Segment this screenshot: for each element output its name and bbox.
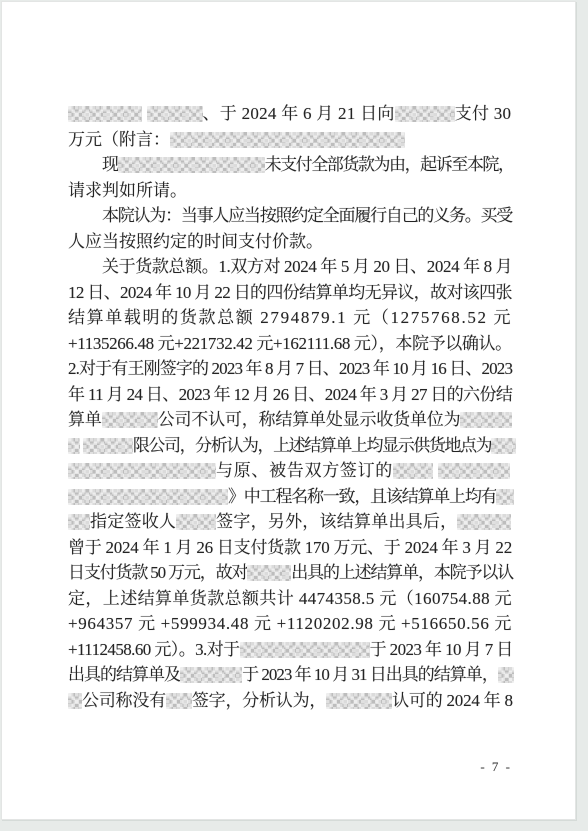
text-line: 》中工程名称一致，且该结算单上均有 [68,484,512,510]
line-content: 2.对于有王刚签字的 2023 年 8 月 7 日、2023 年 10 月 16… [68,356,512,382]
text-segment: +964357 元 +599934.48 元 +1120202.98 元 +51… [68,614,512,633]
text-segment: +1135266.48 元+221732.42 元+162111.68 元），本… [68,334,512,353]
line-content: 、于 2024 年 6 月 21 日向支付 30 [68,101,511,127]
line-content: 定，上述结算单货款总额共计 4474358.5 元（160754.88 元 [68,586,512,612]
redaction-block [68,463,216,479]
text-segment: 支付 30 [455,104,512,123]
text-segment: 请求判如所请。 [68,181,187,200]
text-segment: 12 日、2024 年 10 月 22 日的四份结算单均无异议，故对该四张 [68,283,512,302]
line-content: 人应当按照约定的时间支付价款。 [68,229,323,255]
line-content: 出具的结算单及于 2023 年 10 月 31 日出具的结算单， [68,662,514,688]
redaction-block [83,438,133,454]
text-segment: 指定签收人 [90,512,176,531]
redaction-block [393,463,433,479]
line-content: 日支付货款 50 万元，故对出具的上述结算单，本院予以认 [68,560,513,586]
line-content: 公司称没有签字，分析认为，认可的 2024 年 8 [68,688,513,714]
document-page: 、于 2024 年 6 月 21 日向支付 30万元（附言：现未支付全部货款为由… [1,1,576,820]
text-segment: 人应当按照约定的时间支付价款。 [68,232,323,251]
text-segment: 签字，另外，该结算单出具后， [216,512,457,531]
line-content: 请求判如所请。 [68,178,187,204]
redaction-block [68,693,82,709]
redaction-block [496,489,514,505]
text-line: 关于货款总额。1.双方对 2024 年 5 月 20 日、2024 年 8 月 [68,254,512,280]
text-line: +964357 元 +599934.48 元 +1120202.98 元 +51… [68,611,512,637]
text-segment: 算单 [68,410,102,429]
line-content: 算单公司不认可，称结算单处显示收货单位为 [68,407,512,433]
redaction-block [240,642,370,658]
text-line: 2.对于有王刚签字的 2023 年 8 月 7 日、2023 年 10 月 16… [68,356,512,382]
text-segment: 年 11 月 24 日、2023 年 12 月 26 日、2024 年 3 月 … [68,385,512,404]
line-content: 本院认为：当事人应当按照约定全面履行自己的义务。买受 [102,203,512,229]
redaction-block [170,132,405,148]
text-line: +1112458.60 元）。3.对于于 2023 年 10 月 7 日 [68,637,512,663]
line-content: +964357 元 +599934.48 元 +1120202.98 元 +51… [68,611,512,637]
line-content: 年 11 月 24 日、2023 年 12 月 26 日、2024 年 3 月 … [68,382,512,408]
redaction-block [176,514,216,530]
text-segment [142,104,147,123]
text-line: 定，上述结算单货款总额共计 4474358.5 元（160754.88 元 [68,586,512,612]
line-content: 现未支付全部货款为由，起诉至本院， [102,152,514,178]
text-segment: 、于 2024 年 6 月 21 日向 [203,104,395,123]
redaction-block [438,463,510,479]
redaction-block [457,514,511,530]
text-segment: +1112458.60 元）。3.对于 [68,640,240,659]
line-content: 》中工程名称一致，且该结算单上均有 [68,484,514,510]
document-body: 、于 2024 年 6 月 21 日向支付 30万元（附言：现未支付全部货款为由… [68,101,512,713]
redaction-block [247,565,291,581]
redaction-block [68,514,90,530]
redaction-block [68,489,228,505]
text-line: 年 11 月 24 日、2023 年 12 月 26 日、2024 年 3 月 … [68,382,512,408]
text-line: 本院认为：当事人应当按照约定全面履行自己的义务。买受 [68,203,512,229]
text-line: 12 日、2024 年 10 月 22 日的四份结算单均无异议，故对该四张 [68,280,512,306]
redaction-block [118,157,265,173]
redaction-block [498,667,514,683]
text-line: 日支付货款 50 万元，故对出具的上述结算单，本院予以认 [68,560,512,586]
page-number: - 7 - [480,759,512,775]
text-line: 与原、被告双方签订的 [68,458,512,484]
redaction-block [395,106,455,122]
line-content: 限公司，分析认为，上述结算单上均显示供货地点为 [68,433,516,459]
redaction-block [326,693,392,709]
text-line: 万元（附言： [68,127,512,153]
text-segment: 未支付全部货款为由，起诉至本院， [265,155,514,174]
text-segment: 出具的上述结算单，本院予以认 [291,563,513,582]
text-segment: 2.对于有王刚签字的 2023 年 8 月 7 日、2023 年 10 月 16… [68,359,512,378]
line-content: 关于货款总额。1.双方对 2024 年 5 月 20 日、2024 年 8 月 [102,254,512,280]
redaction-block [180,667,242,683]
text-segment: 曾于 2024 年 1 月 26 日支付货款 170 万元、于 2024 年 3… [68,538,512,557]
text-line: +1135266.48 元+221732.42 元+162111.68 元），本… [68,331,512,357]
text-segment: 与原、被告双方签订的 [216,461,393,480]
text-segment: 日支付货款 50 万元，故对 [68,563,247,582]
text-line: 限公司，分析认为，上述结算单上均显示供货地点为 [68,433,512,459]
redaction-block [68,106,142,122]
redaction-block [491,438,516,454]
redaction-block [166,693,192,709]
text-segment: 公司不认可，称结算单处显示收货单位为 [158,410,461,429]
line-content: 指定签收人签字，另外，该结算单出具后， [68,509,511,535]
text-segment: 现 [102,155,118,174]
line-content: +1112458.60 元）。3.对于于 2023 年 10 月 7 日 [68,637,513,663]
text-line: 指定签收人签字，另外，该结算单出具后， [68,509,512,535]
line-content: 曾于 2024 年 1 月 26 日支付货款 170 万元、于 2024 年 3… [68,535,512,561]
text-segment: 定，上述结算单货款总额共计 4474358.5 元（160754.88 元 [68,589,512,608]
line-content: +1135266.48 元+221732.42 元+162111.68 元），本… [68,331,512,357]
redaction-block [102,412,158,428]
text-segment: 关于货款总额。1.双方对 2024 年 5 月 20 日、2024 年 8 月 [102,257,512,276]
text-line: 、于 2024 年 6 月 21 日向支付 30 [68,101,512,127]
text-segment: 于 2023 年 10 月 7 日 [370,640,513,659]
text-line: 曾于 2024 年 1 月 26 日支付货款 170 万元、于 2024 年 3… [68,535,512,561]
line-content: 12 日、2024 年 10 月 22 日的四份结算单均无异议，故对该四张 [68,280,512,306]
text-segment: 》中工程名称一致，且该结算单上均有 [228,487,496,506]
text-segment: 出具的结算单及 [68,665,180,684]
text-segment: 于 2023 年 10 月 31 日出具的结算单， [242,665,498,684]
text-line: 公司称没有签字，分析认为，认可的 2024 年 8 [68,688,512,714]
text-segment: 公司称没有 [82,691,166,710]
text-line: 现未支付全部货款为由，起诉至本院， [68,152,512,178]
text-segment: 认可的 2024 年 8 [392,691,513,710]
line-content: 万元（附言： [68,127,405,153]
text-segment: 结算单载明的货款总额 2794879.1 元（1275768.52 元 [68,308,512,327]
line-content: 与原、被告双方签订的 [68,458,510,484]
text-line: 人应当按照约定的时间支付价款。 [68,229,512,255]
redaction-block [147,106,203,122]
text-line: 结算单载明的货款总额 2794879.1 元（1275768.52 元 [68,305,512,331]
line-content: 结算单载明的货款总额 2794879.1 元（1275768.52 元 [68,305,512,331]
text-segment: 本院认为：当事人应当按照约定全面履行自己的义务。买受 [102,206,512,225]
text-segment: 限公司，分析认为，上述结算单上均显示供货地点为 [133,436,491,455]
text-line: 请求判如所请。 [68,178,512,204]
text-line: 算单公司不认可，称结算单处显示收货单位为 [68,407,512,433]
text-line: 出具的结算单及于 2023 年 10 月 31 日出具的结算单， [68,662,512,688]
redaction-block [68,438,80,454]
text-segment: 签字，分析认为， [192,691,326,710]
text-segment: 万元（附言： [68,130,170,149]
redaction-block [460,412,512,428]
